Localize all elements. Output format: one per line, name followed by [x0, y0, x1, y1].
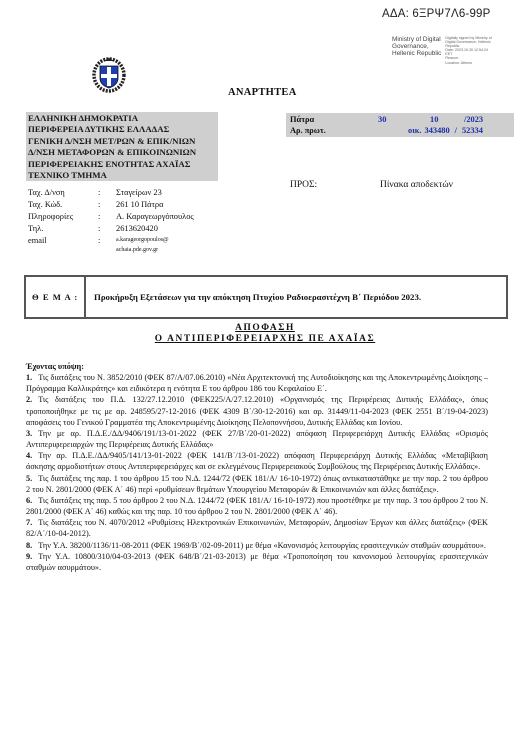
- consideration-item: 6.Τις διατάξεις της παρ. 5 του άρθρου 2 …: [26, 495, 488, 517]
- contact-value: 2613620420: [116, 223, 158, 235]
- consideration-item: 1.Τις διατάξεις του Ν. 3852/2010 (ΦΕΚ 87…: [26, 372, 488, 394]
- contact-separator: :: [98, 199, 116, 211]
- contact-row: Ταχ. Κώδ. : 261 10 Πάτρα: [28, 199, 194, 211]
- decision-title: ΑΠΟΦΑΣΗ: [235, 323, 295, 333]
- signature-line: Governance,: [392, 43, 441, 50]
- contact-row: email : a.karageorgopoulos@ achaia.pde.g…: [28, 235, 194, 255]
- contact-info: Ταχ. Δ/νση : Σταγείρων 23 Ταχ. Κώδ. : 26…: [28, 187, 194, 255]
- signature-line: Ministry of Digital: [392, 36, 441, 43]
- contact-label: Ταχ. Δ/νση: [28, 187, 98, 199]
- protocol-label: Αρ. πρωτ.: [290, 125, 408, 136]
- item-number: 1.: [26, 373, 32, 382]
- contact-separator: :: [98, 211, 116, 223]
- protocol-prefix: οικ.: [408, 125, 422, 136]
- item-text: Την Υ.Α. 10800/310/04-03-2013 (ΦΕΚ 648/Β…: [26, 552, 488, 572]
- date-year: /2023: [464, 114, 483, 125]
- protocol-row: Αρ. πρωτ. οικ. 343480 / 52334: [290, 125, 514, 136]
- item-number: 2.: [26, 395, 32, 404]
- contact-label: Τηλ.: [28, 223, 98, 235]
- decision-heading: ΑΠΟΦΑΣΗ Ο ΑΝΤΙΠΕΡΙΦΕΡΕΙΑΡΧΗΣ ΠΕ ΑΧΑΪΑΣ: [0, 323, 530, 345]
- contact-separator: :: [98, 235, 116, 255]
- signature-details: Digitally signed by Ministry of Digital …: [445, 36, 505, 65]
- recipient-value: Πίνακα αποδεκτών: [380, 180, 453, 190]
- item-number: 3.: [26, 429, 32, 438]
- date-row: Πάτρα 30 10 /2023: [290, 114, 514, 125]
- item-text: Την αρ. Π.Δ.Ε./ΔΔ/9405/141/13-01-2022 (Φ…: [26, 451, 488, 471]
- subject-label: Θ Ε Μ Α :: [26, 277, 86, 317]
- email-link[interactable]: a.karageorgopoulos@ achaia.pde.gov.gr: [116, 235, 169, 255]
- contact-value: 261 10 Πάτρα: [116, 199, 164, 211]
- item-number: 9.: [26, 552, 32, 561]
- issuer-line: ΕΛΛΗΝΙΚΗ ΔΗΜΟΚΡΑΤΙΑ: [28, 113, 218, 124]
- digital-signature-stamp: Ministry of Digital Governance, Hellenic…: [392, 36, 505, 65]
- posting-label: ΑΝΑΡΤΗΤΕΑ: [228, 87, 297, 98]
- item-number: 6.: [26, 496, 32, 505]
- contact-label: Ταχ. Κώδ.: [28, 199, 98, 211]
- contact-separator: :: [98, 223, 116, 235]
- subject-text: Προκήρυξη Εξετάσεων για την απόκτηση Πτυ…: [86, 292, 421, 302]
- consideration-item: 9.Την Υ.Α. 10800/310/04-03-2013 (ΦΕΚ 648…: [26, 551, 488, 573]
- date-day: 30: [378, 114, 430, 125]
- issuer-line: Δ/ΝΣΗ ΜΕΤΑΦΟΡΩΝ & ΕΠΙΚΟΙΝΩΝΙΩΝ: [28, 147, 218, 158]
- contact-row: Ταχ. Δ/νση : Σταγείρων 23: [28, 187, 194, 199]
- item-text: Τις διατάξεις της παρ. 1 του άρθρου 15 τ…: [26, 474, 488, 494]
- date-protocol-box: Πάτρα 30 10 /2023 Αρ. πρωτ. οικ. 343480 …: [286, 113, 514, 137]
- considerations-heading: Έχοντας υπόψη:: [26, 361, 488, 372]
- consideration-item: 4.Την αρ. Π.Δ.Ε./ΔΔ/9405/141/13-01-2022 …: [26, 450, 488, 472]
- consideration-item: 8.Την Υ.Α. 38200/1136/11-08-2011 (ΦΕΚ 19…: [26, 540, 488, 551]
- issuer-header: ΕΛΛΗΝΙΚΗ ΔΗΜΟΚΡΑΤΙΑ ΠΕΡΙΦΕΡΕΙΑ ΔΥΤΙΚΗΣ Ε…: [26, 112, 218, 181]
- protocol-number-2: 52334: [462, 125, 483, 136]
- coat-of-arms-icon: [92, 57, 126, 93]
- subject-box: Θ Ε Μ Α : Προκήρυξη Εξετάσεων για την απ…: [24, 275, 508, 319]
- contact-value: Α. Καραγεωργόπουλος: [116, 211, 194, 223]
- consideration-item: 3.Την με αρ. Π.Δ.Ε./ΔΔ/9406/191/13-01-20…: [26, 428, 488, 450]
- decision-subtitle: Ο ΑΝΤΙΠΕΡΙΦΕΡΕΙΑΡΧΗΣ ΠΕ ΑΧΑΪΑΣ: [155, 334, 375, 344]
- item-number: 8.: [26, 541, 32, 550]
- contact-label: Πληροφορίες: [28, 211, 98, 223]
- protocol-separator: /: [455, 125, 457, 136]
- item-text: Την με αρ. Π.Δ.Ε./ΔΔ/9406/191/13-01-2022…: [26, 429, 488, 449]
- contact-row: Τηλ. : 2613620420: [28, 223, 194, 235]
- contact-separator: :: [98, 187, 116, 199]
- contact-label: email: [28, 235, 98, 255]
- item-number: 4.: [26, 451, 32, 460]
- date-city: Πάτρα: [290, 114, 378, 125]
- issuer-line: ΓΕΝΙΚΗ Δ/ΝΣΗ ΜΕΤ/ΡΩΝ & ΕΠΙΚ/ΝΙΩΝ: [28, 136, 218, 147]
- date-month: 10: [430, 114, 464, 125]
- contact-value: Σταγείρων 23: [116, 187, 162, 199]
- email-part: achaia.pde.gov.gr: [116, 247, 158, 253]
- issuer-line: ΠΕΡΙΦΕΡΕΙΑ ΔΥΤΙΚΗΣ ΕΛΛΑΔΑΣ: [28, 124, 218, 135]
- recipient-label: ΠΡΟΣ:: [290, 180, 317, 190]
- issuer-line: ΠΕΡΙΦΕΡΕΙΑΚΗΣ ΕΝΟΤΗΤΑΣ ΑΧΑΪΑΣ: [28, 159, 218, 170]
- consideration-item: 2.Τις διατάξεις του Π.Δ. 132/27.12.2010 …: [26, 394, 488, 427]
- ada-code: ΑΔΑ: 6ΞΡΨ7Λ6-99Ρ: [382, 8, 491, 20]
- email-part: a.karageorgopoulos@: [116, 237, 169, 243]
- protocol-number: 343480: [425, 125, 450, 136]
- consideration-item: 5.Τις διατάξεις της παρ. 1 του άρθρου 15…: [26, 473, 488, 495]
- consideration-item: 7.Τις διατάξεις του Ν. 4070/2012 «Ρυθμίσ…: [26, 517, 488, 539]
- item-number: 5.: [26, 474, 32, 483]
- considerations: Έχοντας υπόψη: 1.Τις διατάξεις του Ν. 38…: [26, 361, 488, 573]
- item-text: Τις διατάξεις του Π.Δ. 132/27.12.2010 (Φ…: [26, 395, 488, 426]
- signature-signer: Ministry of Digital Governance, Hellenic…: [392, 36, 441, 65]
- contact-row: Πληροφορίες : Α. Καραγεωργόπουλος: [28, 211, 194, 223]
- item-number: 7.: [26, 518, 32, 527]
- signature-detail: Location: Athens: [445, 61, 505, 65]
- item-text: Τις διατάξεις της παρ. 5 του άρθρου 2 το…: [26, 496, 488, 516]
- item-text: Την Υ.Α. 38200/1136/11-08-2011 (ΦΕΚ 1969…: [38, 541, 486, 550]
- item-text: Τις διατάξεις του Ν. 4070/2012 «Ρυθμίσει…: [26, 518, 488, 538]
- issuer-line: ΤΕΧΝΙΚΟ ΤΜΗΜΑ: [28, 170, 218, 181]
- item-text: Τις διατάξεις του Ν. 3852/2010 (ΦΕΚ 87/Α…: [26, 373, 488, 393]
- signature-line: Hellenic Republic: [392, 50, 441, 57]
